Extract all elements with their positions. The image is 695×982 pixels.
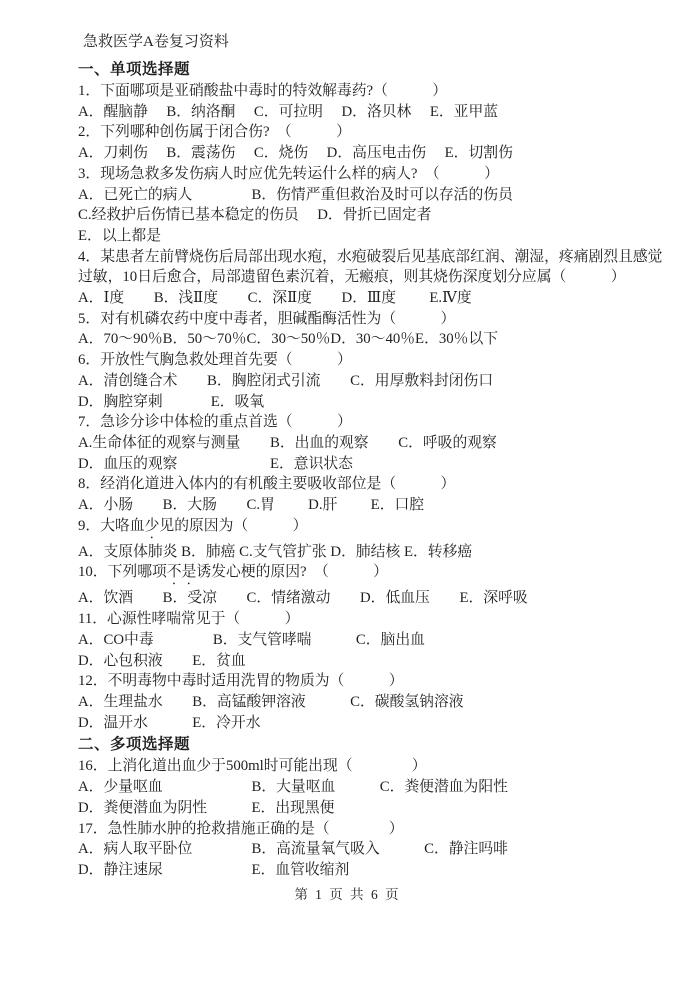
q17-options-abc: A．病人取平卧位 B．高流量氧气吸入 C．静注吗啡 xyxy=(78,839,665,860)
q5-text: 5．对有机磷农药中度中毒者，胆碱酯酶活性为（ ） xyxy=(78,309,665,330)
q8-options: A．小肠 B．大肠 C.胃 D.肝 E．口腔 xyxy=(78,495,665,516)
q9-text-pre: 9．大咯血 xyxy=(78,518,145,534)
q6-options-de: D．胸腔穿刺 E．吸氧 xyxy=(78,392,665,413)
q1-options: A．醒脑静 B．纳洛酮 C．可拉明 D．洛贝林 E．亚甲蓝 xyxy=(78,102,665,123)
q16-options-abc: A．少量呕血 B．大量呕血 C．粪便潜血为阳性 xyxy=(78,777,665,798)
q7-options-de: D．血压的观察 E．意识状态 xyxy=(78,454,665,475)
q11-options-de: D．心包积液 E．贫血 xyxy=(78,651,665,672)
document-page: 急救医学A卷复习资料 一、单项选择题 1．下面哪项是亚硝酸盐中毒时的特效解毒药?… xyxy=(0,0,695,982)
q5-options: A．70～90％B．50～70％C．30～50％D．30～40％E．30％以下 xyxy=(78,329,665,350)
q4-text-line1: 4．某患者左前臂烧伤后局部出现水疱，水疱破裂后见基底部红润、潮湿，疼痛剧烈且感觉 xyxy=(78,247,665,268)
q10-text-post: 诱发心梗的原因? （ ） xyxy=(196,564,388,580)
q10-text-pre: 10．下列哪项 xyxy=(78,564,167,580)
q8-text: 8．经消化道进入体内的有机酸主要吸收部位是（ ） xyxy=(78,474,665,495)
q4-options: A．Ⅰ度 B．浅Ⅱ度 C．深Ⅱ度 D．Ⅲ度 E.Ⅳ度 xyxy=(78,288,665,309)
q10-text: 10．下列哪项不是诱发心梗的原因? （ ） xyxy=(78,562,665,588)
q6-text: 6．开放性气胸急救处理首先要（ ） xyxy=(78,350,665,371)
q10-options: A．饮酒 B．受凉 C．情绪激动 D．低血压 E．深呼吸 xyxy=(78,588,665,609)
q9-options: A．支原体肺炎 B．肺癌 C.支气管扩张 D．肺结核 E．转移癌 xyxy=(78,542,665,563)
q17-options-de: D．静注速尿 E．血管收缩剂 xyxy=(78,860,665,881)
q3-text: 3．现场急救多发伤病人时应优先转运什么样的病人? （ ） xyxy=(78,164,665,185)
q11-options-abc: A．CO中毒 B．支气管哮喘 C．脑出血 xyxy=(78,630,665,651)
q3-options-ab: A．已死亡的病人 B．伤情严重但救治及时可以存活的伤员 xyxy=(78,185,665,206)
q16-options-de: D．粪便潜血为阴性 E．出现黑便 xyxy=(78,798,665,819)
q12-options-abc: A．生理盐水 B．高锰酸钾溶液 C．碳酸氢钠溶液 xyxy=(78,692,665,713)
doc-title: 急救医学A卷复习资料 xyxy=(83,31,665,53)
q4-text-line2: 过敏，10日后愈合，局部遗留色素沉着，无瘢痕，则其烧伤深度划分应属（ ） xyxy=(78,267,665,288)
q3-options-cd: C.经救护后伤情已基本稳定的伤员 D．骨折已固定者 xyxy=(78,205,665,226)
q12-options-de: D．温开水 E．冷开水 xyxy=(78,713,665,734)
section-1-heading: 一、单项选择题 xyxy=(78,58,665,81)
q17-text: 17．急性肺水肿的抢救措施正确的是（ ） xyxy=(78,819,665,840)
page-number-footer: 第 1 页 共 6 页 xyxy=(30,885,665,905)
q6-options-abc: A．清创缝合术 B．胸腔闭式引流 C．用厚敷料封闭伤口 xyxy=(78,371,665,392)
q9-text-emphasized: 少 xyxy=(145,518,160,534)
q11-text: 11．心源性哮喘常见于（ ） xyxy=(78,609,665,630)
q9-text-post: 见的原因为（ ） xyxy=(159,518,307,534)
q9-text: 9．大咯血少见的原因为（ ） xyxy=(78,516,665,542)
q1-text: 1．下面哪项是亚硝酸盐中毒时的特效解毒药?（ ） xyxy=(78,81,665,102)
q2-options: A．刀刺伤 B．震荡伤 C．烧伤 D．高压电击伤 E．切割伤 xyxy=(78,143,665,164)
q3-option-e: E．以上都是 xyxy=(78,226,665,247)
q2-text: 2．下列哪种创伤属于闭合伤? （ ） xyxy=(78,122,665,143)
q12-text: 12．不明毒物中毒时适用洗胃的物质为（ ） xyxy=(78,671,665,692)
q10-text-emphasized: 不是 xyxy=(167,564,197,580)
q16-text: 16．上消化道出血少于500ml时可能出现（ ） xyxy=(78,756,665,777)
q7-text: 7．急诊分诊中体检的重点首选（ ） xyxy=(78,412,665,433)
section-2-heading: 二、多项选择题 xyxy=(78,733,665,756)
q7-options-abc: A.生命体征的观察与测量 B．出血的观察 C．呼吸的观察 xyxy=(78,433,665,454)
